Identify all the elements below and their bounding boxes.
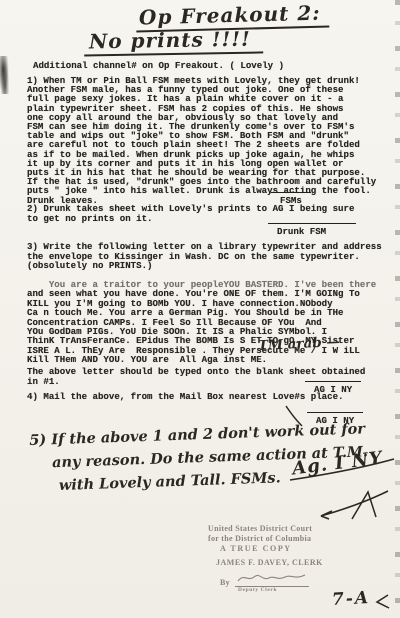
stamp-court-name-line1: United States District Court xyxy=(208,524,393,534)
paragraph-item-1: 1) When TM or Pin Ball FSM meets with Lo… xyxy=(27,76,376,205)
page-number: 7-A xyxy=(332,588,371,610)
stamp-court-name-line2: for the District of Columbia xyxy=(208,534,393,544)
page-number-flourish-icon xyxy=(377,595,389,608)
court-stamp: United States District Court for the Dis… xyxy=(208,524,393,594)
handwritten-subtitle: No prints !!!! xyxy=(84,26,263,56)
deputy-clerk-signature-icon xyxy=(235,571,309,588)
stamp-by-line: By xyxy=(220,571,393,588)
arrow-icon xyxy=(321,491,388,516)
text-line: You are a traitor to your peopleYOU BAST… xyxy=(27,280,376,289)
text-line: to get no prints on it. xyxy=(27,214,354,224)
subject-line: Additional channel# on Op Freakout. ( Lo… xyxy=(33,61,284,70)
threat-letter-text: You are a traitor to your peopleYOU BAST… xyxy=(27,280,376,365)
text-line: Kill THem AND YOU. YOU are All Aga inst … xyxy=(27,355,376,364)
stamp-clerk-name: JAMES F. DAVEY, CLERK xyxy=(216,558,393,568)
stamp-by-label: By xyxy=(220,578,230,588)
scanned-document-page: Op Freakout 2: No prints !!!! Additional… xyxy=(0,0,400,618)
arrowhead-icon xyxy=(321,511,332,519)
scan-edge-artifact xyxy=(395,0,400,618)
paragraph-item-2: 2) Drunk takes sheet with Lovely's print… xyxy=(27,204,354,223)
scan-smudge-artifact xyxy=(0,56,9,94)
stamp-true-copy: A TRUE COPY xyxy=(220,544,393,554)
paragraph-item-3: 3) Write the following letter on a libra… xyxy=(27,242,382,271)
paragraph-item-4: 4) Mail the above, from the Mail Box nea… xyxy=(27,392,344,401)
text-line: (obsolutely no PRINTS.) xyxy=(27,261,382,271)
caret-mark-icon xyxy=(352,492,376,519)
label-drunk-fsm: Drunk FSM xyxy=(268,223,356,237)
text-line: The above letter should be typed onto th… xyxy=(27,367,365,377)
